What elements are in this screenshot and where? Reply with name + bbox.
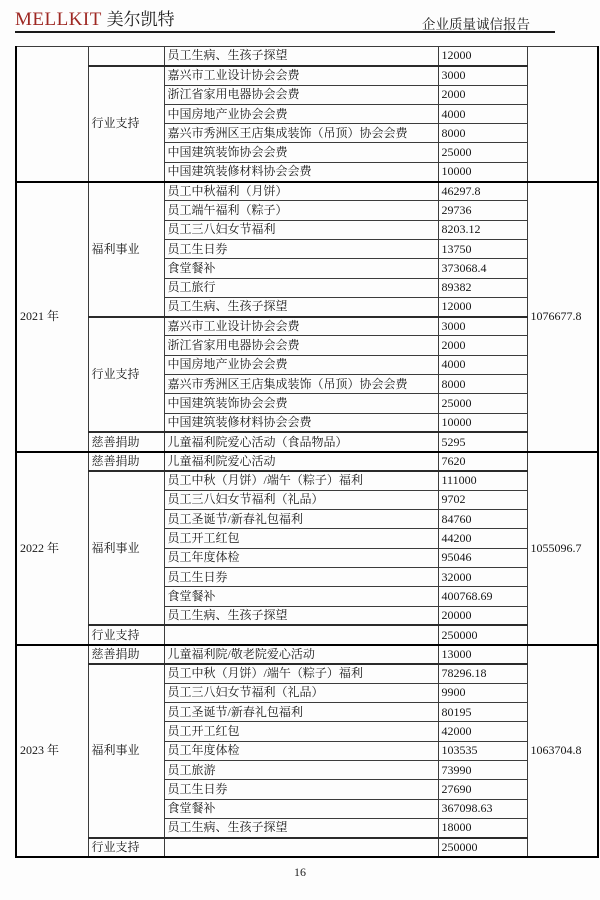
category-cell: 福利事业	[88, 471, 164, 625]
amount-cell: 13750	[438, 239, 527, 258]
table-row: 员工生病、生孩子探望 12000	[16, 47, 598, 66]
table-row: 2021 年 福利事业 员工中秋福利（月饼） 46297.8 1076677.8	[16, 182, 598, 201]
item-cell: 中国建筑装饰协会会费	[164, 143, 438, 162]
item-cell: 员工中秋（月饼）/端午（粽子）福利	[164, 664, 438, 683]
brand-name-en: MELLKIT	[15, 9, 102, 30]
category-cell: 慈善捐助	[88, 432, 164, 451]
item-cell: 嘉兴市秀洲区王店集成装饰（吊顶）协会会费	[164, 375, 438, 394]
amount-cell: 2000	[438, 336, 527, 355]
table-row: 行业支持 嘉兴市工业设计协会会费 3000	[16, 317, 598, 336]
category-cell: 行业支持	[88, 625, 164, 644]
table-row: 慈善捐助 儿童福利院爱心活动（食品物品） 5295	[16, 432, 598, 451]
item-cell: 浙江省家用电器协会会费	[164, 336, 438, 355]
amount-cell: 84760	[438, 510, 527, 529]
category-cell: 行业支持	[88, 838, 164, 857]
amount-cell: 44200	[438, 529, 527, 548]
item-cell: 员工生病、生孩子探望	[164, 606, 438, 625]
amount-cell: 250000	[438, 838, 527, 857]
item-cell: 员工圣诞节/新春礼包福利	[164, 510, 438, 529]
amount-cell: 103535	[438, 741, 527, 760]
item-cell: 员工生日券	[164, 239, 438, 258]
item-cell: 员工年度体检	[164, 548, 438, 567]
year-cell: 2022 年	[16, 452, 88, 645]
table-row: 福利事业 员工中秋（月饼）/端午（粽子）福利 78296.18	[16, 664, 598, 683]
item-cell: 员工生日券	[164, 568, 438, 587]
brand-logo: MELLKIT 美尔凯特	[15, 8, 175, 32]
item-cell: 员工中秋（月饼）/端午（粽子）福利	[164, 471, 438, 490]
item-cell: 儿童福利院爱心活动（食品物品）	[164, 432, 438, 451]
item-cell: 员工三八妇女节福利（礼品）	[164, 683, 438, 702]
item-cell: 浙江省家用电器协会会费	[164, 85, 438, 104]
year-cell	[16, 47, 88, 182]
item-cell: 嘉兴市工业设计协会会费	[164, 66, 438, 85]
table-row: 行业支持 嘉兴市工业设计协会会费 3000	[16, 66, 598, 85]
item-cell: 员工旅行	[164, 278, 438, 297]
total-cell	[527, 47, 598, 182]
item-cell: 员工三八妇女节福利	[164, 220, 438, 239]
amount-cell: 250000	[438, 625, 527, 644]
item-cell	[164, 625, 438, 644]
item-cell: 员工生病、生孩子探望	[164, 818, 438, 837]
total-cell: 1063704.8	[527, 645, 598, 857]
item-cell: 员工圣诞节/新春礼包福利	[164, 703, 438, 722]
table-row: 行业支持 250000	[16, 625, 598, 644]
amount-cell: 3000	[438, 317, 527, 336]
amount-cell: 2000	[438, 85, 527, 104]
item-cell: 食堂餐补	[164, 259, 438, 278]
amount-cell: 18000	[438, 818, 527, 837]
amount-cell: 20000	[438, 606, 527, 625]
item-cell: 员工生日券	[164, 780, 438, 799]
amount-cell: 8000	[438, 375, 527, 394]
amount-cell: 10000	[438, 413, 527, 432]
amount-cell: 12000	[438, 297, 527, 316]
item-cell: 员工开工红包	[164, 529, 438, 548]
table-row: 福利事业 员工中秋（月饼）/端午（粽子）福利 111000	[16, 471, 598, 490]
table-row: 行业支持 250000	[16, 838, 598, 857]
table-row: 2022 年 慈善捐助 儿童福利院爱心活动 7620 1055096.7	[16, 452, 598, 471]
amount-cell: 4000	[438, 355, 527, 374]
item-cell: 中国房地产业协会会费	[164, 104, 438, 123]
item-cell: 员工生病、生孩子探望	[164, 297, 438, 316]
item-cell: 员工生病、生孩子探望	[164, 47, 438, 66]
amount-cell: 8000	[438, 124, 527, 143]
item-cell: 中国房地产业协会会费	[164, 355, 438, 374]
item-cell: 员工年度体检	[164, 741, 438, 760]
social-responsibility-expense-table: 员工生病、生孩子探望 12000 行业支持 嘉兴市工业设计协会会费 3000 浙…	[15, 46, 599, 858]
item-cell: 员工旅游	[164, 760, 438, 779]
brand-name-zh: 美尔凯特	[107, 10, 175, 29]
amount-cell: 8203.12	[438, 220, 527, 239]
amount-cell: 32000	[438, 568, 527, 587]
item-cell: 嘉兴市秀洲区王店集成装饰（吊顶）协会会费	[164, 124, 438, 143]
amount-cell: 27690	[438, 780, 527, 799]
item-cell	[164, 838, 438, 857]
amount-cell: 25000	[438, 394, 527, 413]
amount-cell: 78296.18	[438, 664, 527, 683]
amount-cell: 25000	[438, 143, 527, 162]
page-number: 16	[0, 865, 600, 880]
year-cell: 2023 年	[16, 645, 88, 857]
category-cell: 慈善捐助	[88, 645, 164, 664]
amount-cell: 9702	[438, 490, 527, 509]
amount-cell: 400768.69	[438, 587, 527, 606]
amount-cell: 9900	[438, 683, 527, 702]
item-cell: 员工中秋福利（月饼）	[164, 182, 438, 201]
category-cell: 慈善捐助	[88, 452, 164, 471]
amount-cell: 7620	[438, 452, 527, 471]
item-cell: 儿童福利院/敬老院爱心活动	[164, 645, 438, 664]
amount-cell: 13000	[438, 645, 527, 664]
year-cell: 2021 年	[16, 182, 88, 452]
item-cell: 中国建筑装饰协会会费	[164, 394, 438, 413]
header-divider	[15, 31, 555, 33]
amount-cell: 5295	[438, 432, 527, 451]
item-cell: 食堂餐补	[164, 587, 438, 606]
amount-cell: 29736	[438, 201, 527, 220]
amount-cell: 3000	[438, 66, 527, 85]
item-cell: 中国建筑装修材料协会会费	[164, 413, 438, 432]
category-cell: 福利事业	[88, 182, 164, 317]
item-cell: 员工三八妇女节福利（礼品）	[164, 490, 438, 509]
amount-cell: 4000	[438, 104, 527, 123]
amount-cell: 80195	[438, 703, 527, 722]
amount-cell: 12000	[438, 47, 527, 66]
category-cell: 行业支持	[88, 317, 164, 433]
amount-cell: 73990	[438, 760, 527, 779]
amount-cell: 46297.8	[438, 182, 527, 201]
amount-cell: 373068.4	[438, 259, 527, 278]
amount-cell: 95046	[438, 548, 527, 567]
category-cell	[88, 47, 164, 66]
amount-cell: 111000	[438, 471, 527, 490]
amount-cell: 42000	[438, 722, 527, 741]
amount-cell: 89382	[438, 278, 527, 297]
item-cell: 儿童福利院爱心活动	[164, 452, 438, 471]
total-cell: 1076677.8	[527, 182, 598, 452]
item-cell: 嘉兴市工业设计协会会费	[164, 317, 438, 336]
item-cell: 食堂餐补	[164, 799, 438, 818]
amount-cell: 367098.63	[438, 799, 527, 818]
category-cell: 福利事业	[88, 664, 164, 838]
item-cell: 员工端午福利（粽子）	[164, 201, 438, 220]
item-cell: 员工开工红包	[164, 722, 438, 741]
category-cell: 行业支持	[88, 66, 164, 182]
amount-cell: 10000	[438, 162, 527, 181]
item-cell: 中国建筑装修材料协会会费	[164, 162, 438, 181]
document-title: 企业质量诚信报告	[422, 13, 532, 33]
table-row: 2023 年 慈善捐助 儿童福利院/敬老院爱心活动 13000 1063704.…	[16, 645, 598, 664]
total-cell: 1055096.7	[527, 452, 598, 645]
